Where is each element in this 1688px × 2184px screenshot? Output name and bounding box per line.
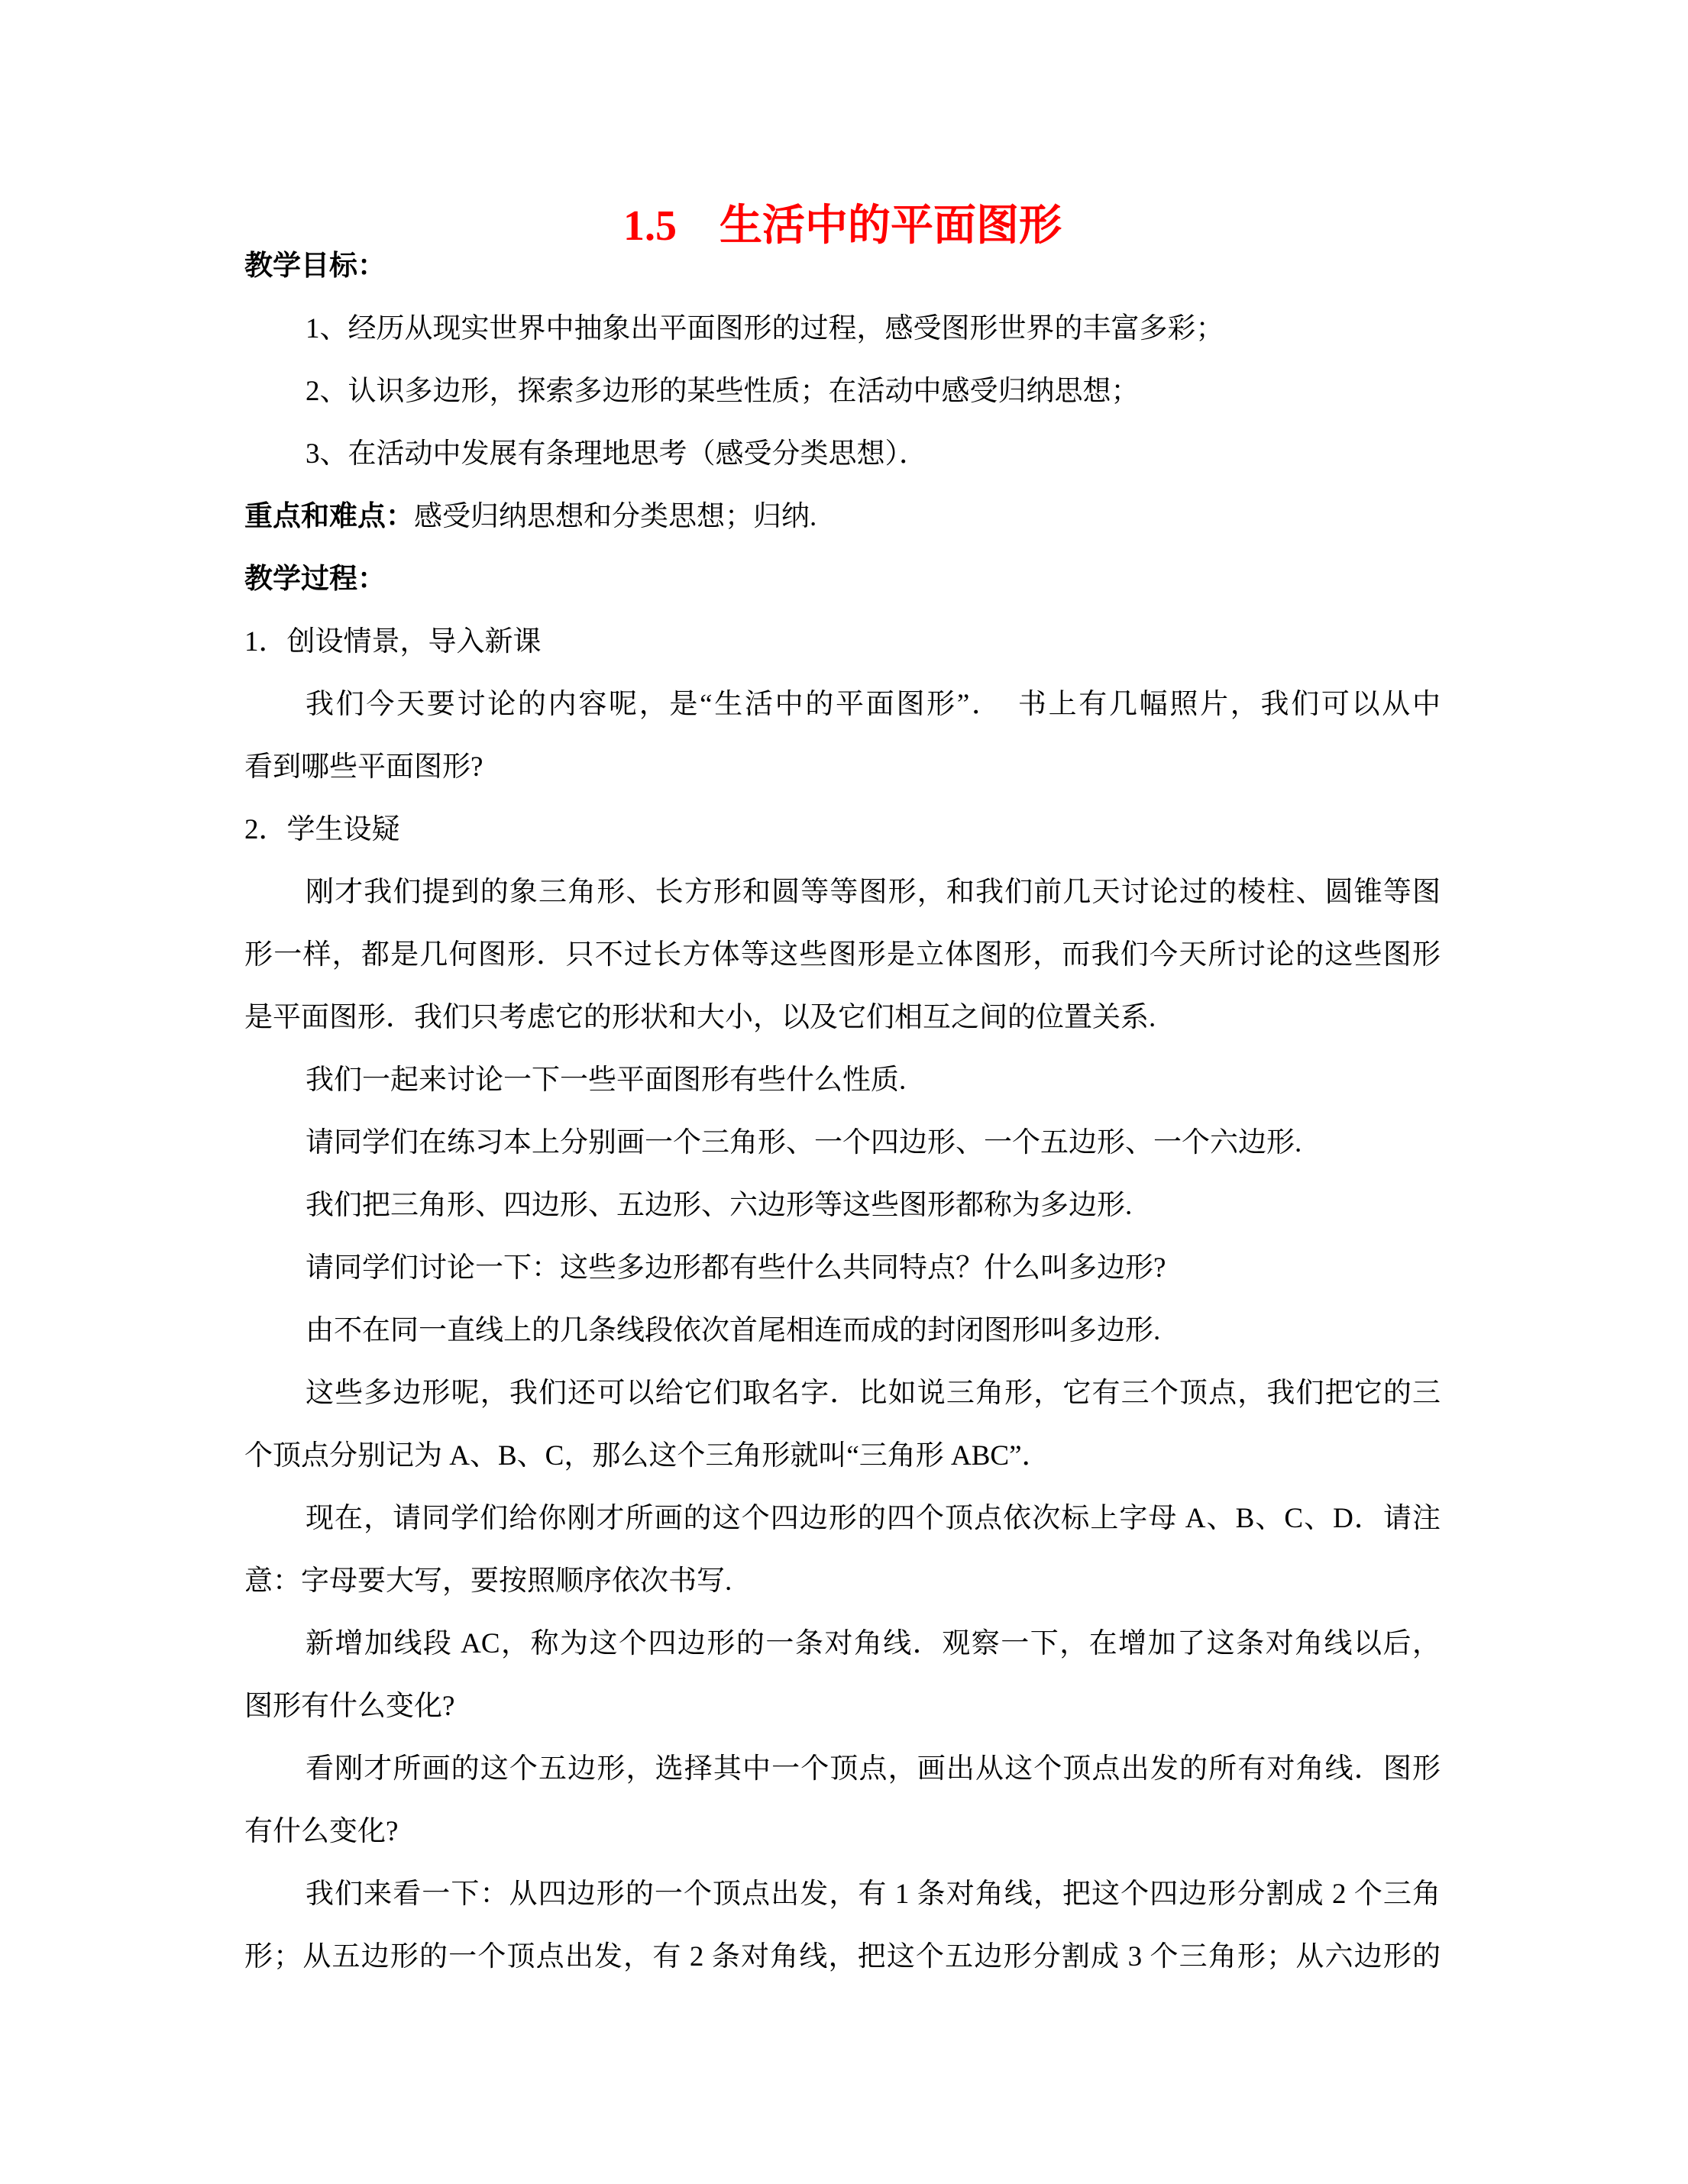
goal-item-3: 3、在活动中发展有条理地思考（感受分类思想）． [244,423,1441,486]
paragraph-line: 意：字母要大写，要按照顺序依次书写. [244,1550,1441,1613]
heading-teaching-goals: 教学目标： [244,235,1441,298]
key-points-line: 重点和难点：感受归纳思想和分类思想；归纳. [244,486,1441,548]
goal-item-2: 2、认识多边形，探索多边形的某些性质；在活动中感受归纳思想； [244,360,1441,423]
paragraph-line: 形；从五边形的一个顶点出发，有 2 条对角线，把这个五边形分割成 3 个三角形；… [244,1926,1441,1989]
paragraph-line: 看到哪些平面图形? [244,736,1441,799]
paragraph-line: 看刚才所画的这个五边形，选择其中一个顶点，画出从这个顶点出发的所有对角线．图形 [244,1738,1441,1801]
paragraph-line: 图形有什么变化? [244,1675,1441,1738]
paragraph-line: 这些多边形呢，我们还可以给它们取名字．比如说三角形，它有三个顶点，我们把它的三 [244,1362,1441,1425]
paragraph-line: 我们把三角形、四边形、五边形、六边形等这些图形都称为多边形. [244,1174,1441,1237]
key-points-label: 重点和难点： [244,501,414,532]
paragraph-line: 是平面图形．我们只考虑它的形状和大小，以及它们相互之间的位置关系. [244,987,1441,1049]
document-page: 1.5 生活中的平面图形 教学目标： 1、经历从现实世界中抽象出平面图形的过程，… [0,0,1688,2184]
paragraph-line: 有什么变化? [244,1801,1441,1863]
paragraph-line: 我们一起来讨论一下一些平面图形有些什么性质. [244,1049,1441,1112]
paragraph-line: 我们来看一下：从四边形的一个顶点出发，有 1 条对角线，把这个四边形分割成 2 … [244,1863,1441,1926]
key-points-text: 感受归纳思想和分类思想；归纳. [414,501,817,532]
paragraph-line: 形一样，都是几何图形．只不过长方体等这些图形是立体图形，而我们今天所讨论的这些图… [244,924,1441,987]
heading-teaching-process: 教学过程： [244,548,1441,611]
step-1-heading: 1．创设情景，导入新课 [244,611,1441,674]
paragraph-line: 新增加线段 AC，称为这个四边形的一条对角线．观察一下，在增加了这条对角线以后， [244,1613,1441,1675]
document-body: 教学目标： 1、经历从现实世界中抽象出平面图形的过程，感受图形世界的丰富多彩； … [244,235,1441,1989]
step-2-heading: 2．学生设疑 [244,799,1441,861]
paragraph-line: 由不在同一直线上的几条线段依次首尾相连而成的封闭图形叫多边形. [244,1300,1441,1362]
paragraph-line: 我们今天要讨论的内容呢，是“生活中的平面图形”． 书上有几幅照片，我们可以从中 [244,674,1441,736]
paragraph-line: 请同学们讨论一下：这些多边形都有些什么共同特点？什么叫多边形? [244,1237,1441,1300]
paragraph-line: 请同学们在练习本上分别画一个三角形、一个四边形、一个五边形、一个六边形. [244,1112,1441,1174]
paragraph-line: 现在，请同学们给你刚才所画的这个四边形的四个顶点依次标上字母 A、B、C、D．请… [244,1488,1441,1550]
paragraph-line: 刚才我们提到的象三角形、长方形和圆等等图形，和我们前几天讨论过的棱柱、圆锥等图 [244,861,1441,924]
goal-item-1: 1、经历从现实世界中抽象出平面图形的过程，感受图形世界的丰富多彩； [244,298,1441,360]
paragraph-line: 个顶点分别记为 A、B、C，那么这个三角形就叫“三角形 ABC”． [244,1425,1441,1488]
